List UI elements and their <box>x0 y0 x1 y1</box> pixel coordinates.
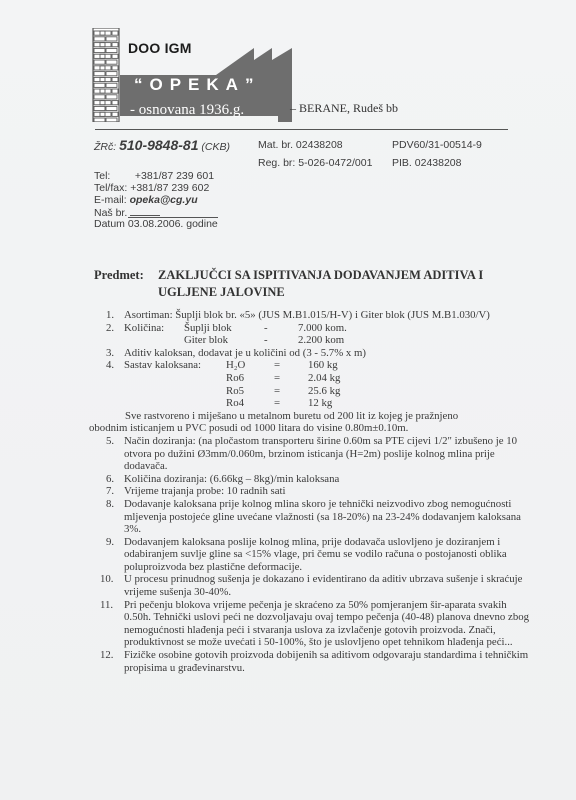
table-row: Ro5 = 25.6 kg <box>124 385 340 398</box>
mat-br: Mat. br. 02438208 <box>258 139 343 151</box>
brand-name: “OPEKA” <box>134 75 260 95</box>
email-label: E-mail: <box>94 194 127 206</box>
list-item: 1. Asortiman: Šuplji blok br. «5» (JUS M… <box>0 309 576 322</box>
subject-heading: Predmet:ZAKLJUČCI SA ISPITIVANJA DODAVAN… <box>94 268 483 300</box>
founded-year: - osnovana 1936.g. <box>130 102 244 119</box>
list-item: 6. Količina doziranja: (6.66kg – 8kg)/mi… <box>0 473 576 486</box>
list-item-text: Pri pečenju blokova vrijeme pečenja je s… <box>124 599 529 649</box>
list-item: 10. U procesu prinudnog sušenja je dokaz… <box>0 573 576 598</box>
list-item-text: Način doziranja: (na pločastom transport… <box>124 435 517 472</box>
mixing-paragraph: Sve rastvoreno i miješano u metalnom bur… <box>0 410 576 435</box>
list-item: 3. Aditiv kaloksan, dodavat je u količin… <box>0 347 576 360</box>
fax-label: Tel/fax: <box>94 182 127 194</box>
composition-table: Sastav kaloksana: H₂O = 160 kg Ro6 = 2.0… <box>124 359 340 409</box>
phone-label: Tel: <box>94 170 132 182</box>
quantity-table: Količina: Šuplji blok - 7.000 kom. Giter… <box>124 322 347 347</box>
email: E-mail: opeka@cg.yu <box>94 194 198 206</box>
list-item: 9. Dodavanjem kaloksana poslije kolnog m… <box>0 536 576 574</box>
bank-name: (CKB) <box>201 141 230 153</box>
fax-value: +381/87 239 602 <box>130 182 209 194</box>
list-item-text: Dodavanje kaloksana prije kolnog mlina s… <box>124 498 521 535</box>
bank-account: ŽRč: 510-9848-81 (CKB) <box>94 137 230 153</box>
list-item: 7. Vrijeme trajanja probe: 10 radnih sat… <box>0 485 576 498</box>
list-item-text: Količina doziranja: (6.66kg – 8kg)/min k… <box>124 473 339 485</box>
date-label: Datum <box>94 218 125 230</box>
date-value: 03.08.2006. godine <box>128 217 218 230</box>
table-row: Ro4 = 12 kg <box>124 397 340 410</box>
company-address: – BERANE, Rudeš bb <box>290 101 398 116</box>
list-item-text: Asortiman: Šuplji blok br. «5» (JUS M.B1… <box>124 309 490 321</box>
table-row: Ro6 = 2.04 kg <box>124 372 340 385</box>
reference-number-blank <box>130 206 160 216</box>
list-item-text: Vrijeme trajanja probe: 10 radnih sati <box>124 485 286 497</box>
date: Datum 03.08.2006. godine <box>94 218 218 230</box>
pdv-number: PDV60/31-00514-9 <box>392 139 482 151</box>
list-item-text: Aditiv kaloksan, dodavat je u količini o… <box>124 347 366 359</box>
subject-line-2: UGLJENE JALOVINE <box>94 285 483 300</box>
conclusions-list: 1. Asortiman: Šuplji blok br. «5» (JUS M… <box>0 309 576 674</box>
email-value: opeka@cg.yu <box>130 194 198 206</box>
list-item-text: Dodavanjem kaloksana poslije kolnog mlin… <box>124 536 507 573</box>
company-prefix: DOO IGM <box>128 40 192 56</box>
subject-label: Predmet: <box>94 268 158 283</box>
list-item-text: U procesu prinudnog sušenja je dokazano … <box>124 573 522 598</box>
fax: Tel/fax: +381/87 239 602 <box>94 182 209 194</box>
list-item-text: Fizičke osobine gotovih proizvoda dobije… <box>124 649 528 674</box>
table-row: Giter blok - 2.200 kom <box>124 334 347 347</box>
phone: Tel: +381/87 239 601 <box>94 170 214 182</box>
list-item: 11. Pri pečenju blokova vrijeme pečenja … <box>0 599 576 649</box>
reg-br: Reg. br: 5-026-0472/001 <box>258 157 372 169</box>
list-item: 8. Dodavanje kaloksana prije kolnog mlin… <box>0 498 576 536</box>
document-page: DOO IGM “OPEKA” - osnovana 1936.g. – BER… <box>0 0 576 800</box>
bank-account-label: ŽRč: <box>94 141 116 153</box>
list-item: 12. Fizičke osobine gotovih proizvoda do… <box>0 649 576 674</box>
bank-account-number: 510-9848-81 <box>119 137 198 153</box>
phone-value: +381/87 239 601 <box>135 170 214 182</box>
table-row: Količina: Šuplji blok - 7.000 kom. <box>124 322 347 335</box>
brick-chimney-icon <box>92 28 120 122</box>
subject-line-1: ZAKLJUČCI SA ISPITIVANJA DODAVANJEM ADIT… <box>158 268 483 282</box>
list-item: 4. Sastav kaloksana: H₂O = 160 kg Ro6 = … <box>0 359 576 409</box>
pib-number: PIB. 02438208 <box>392 157 461 169</box>
company-logo: DOO IGM “OPEKA” - osnovana 1936.g. <box>92 28 292 122</box>
table-row: Sastav kaloksana: H₂O = 160 kg <box>124 359 340 372</box>
header-divider <box>95 129 508 130</box>
list-item: 5. Način doziranja: (na pločastom transp… <box>0 435 576 473</box>
list-item: 2. Količina: Šuplji blok - 7.000 kom. Gi… <box>0 322 576 347</box>
